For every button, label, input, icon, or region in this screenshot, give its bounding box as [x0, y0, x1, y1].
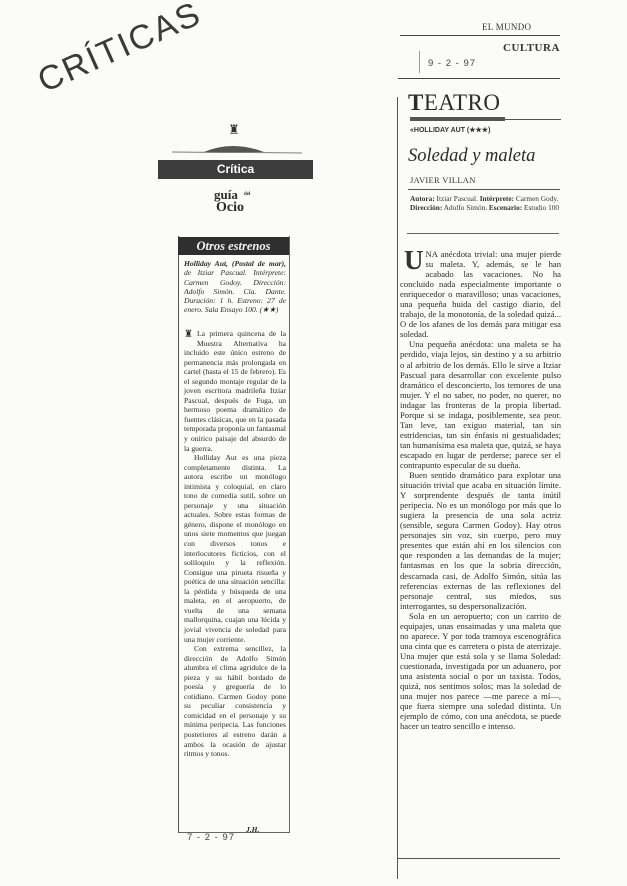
- logo-line2: Ocio: [216, 201, 244, 215]
- divider: [398, 78, 560, 79]
- divider: [400, 35, 560, 36]
- guia-del-ocio-logo: guía del Ocio: [214, 188, 256, 218]
- paragraph: Con extrema sencillez, la dirección de A…: [184, 644, 286, 759]
- theater-mask-icon: ♜: [184, 329, 196, 343]
- hill-ornament: [172, 140, 302, 154]
- divider: [505, 119, 561, 120]
- divider: [398, 858, 560, 859]
- credits: Autora: Itziar Pascual. Intérprete: Carm…: [410, 195, 560, 213]
- divider: [407, 233, 559, 234]
- date-stamp-left: 7 - 2 - 97: [187, 832, 235, 843]
- section-label: CULTURA: [503, 42, 560, 54]
- paragraph: Holliday Aut es una pieza completamente …: [184, 453, 286, 644]
- logo-small: del: [244, 192, 250, 197]
- drop-cap: U: [404, 250, 424, 271]
- divider: [408, 189, 560, 190]
- theater-mask-icon: ♜: [226, 122, 242, 138]
- divider: [419, 51, 420, 73]
- review-body-right: UNA anécdota trivial: una mujer pierde s…: [400, 249, 561, 731]
- paragraph: UNA anécdota trivial: una mujer pierde s…: [400, 249, 561, 339]
- section-bar-critica: Crítica: [158, 160, 313, 179]
- newspaper-masthead: EL MUNDO: [482, 22, 531, 32]
- category-heading: TEATRO: [408, 90, 500, 116]
- category-bar: [410, 117, 505, 121]
- play-info: Holliday Aut, (Postal de mar), de Itziar…: [184, 259, 286, 315]
- paragraph: Una pequeña anécdota: una maleta se ha p…: [400, 339, 561, 470]
- criticas-stamp: CRÍTICAS: [32, 0, 207, 101]
- play-credits: de Itziar Pascual. Intérprete: Carmen Go…: [184, 268, 286, 314]
- signature: J.H.: [246, 825, 259, 834]
- review-body-left: ♜La primera quincena de la Muestra Alter…: [184, 329, 286, 759]
- byline: JAVIER VILLAN: [410, 175, 476, 185]
- date-stamp-right: 9 - 2 - 97: [428, 58, 476, 69]
- paragraph: Buen sentido dramático para explotar una…: [400, 470, 561, 611]
- paragraph: Sola en un aeropuerto; con un carrito de…: [400, 611, 561, 732]
- headline: Soledad y maleta: [408, 146, 535, 167]
- paragraph: ♜La primera quincena de la Muestra Alter…: [184, 329, 286, 453]
- otros-estrenos-title: Otros estrenos: [178, 237, 289, 255]
- kicker: «HOLLIDAY AUT (★★★): [410, 126, 490, 134]
- play-title: Holliday Aut, (Postal de mar),: [184, 259, 286, 268]
- column-rule: [397, 97, 398, 879]
